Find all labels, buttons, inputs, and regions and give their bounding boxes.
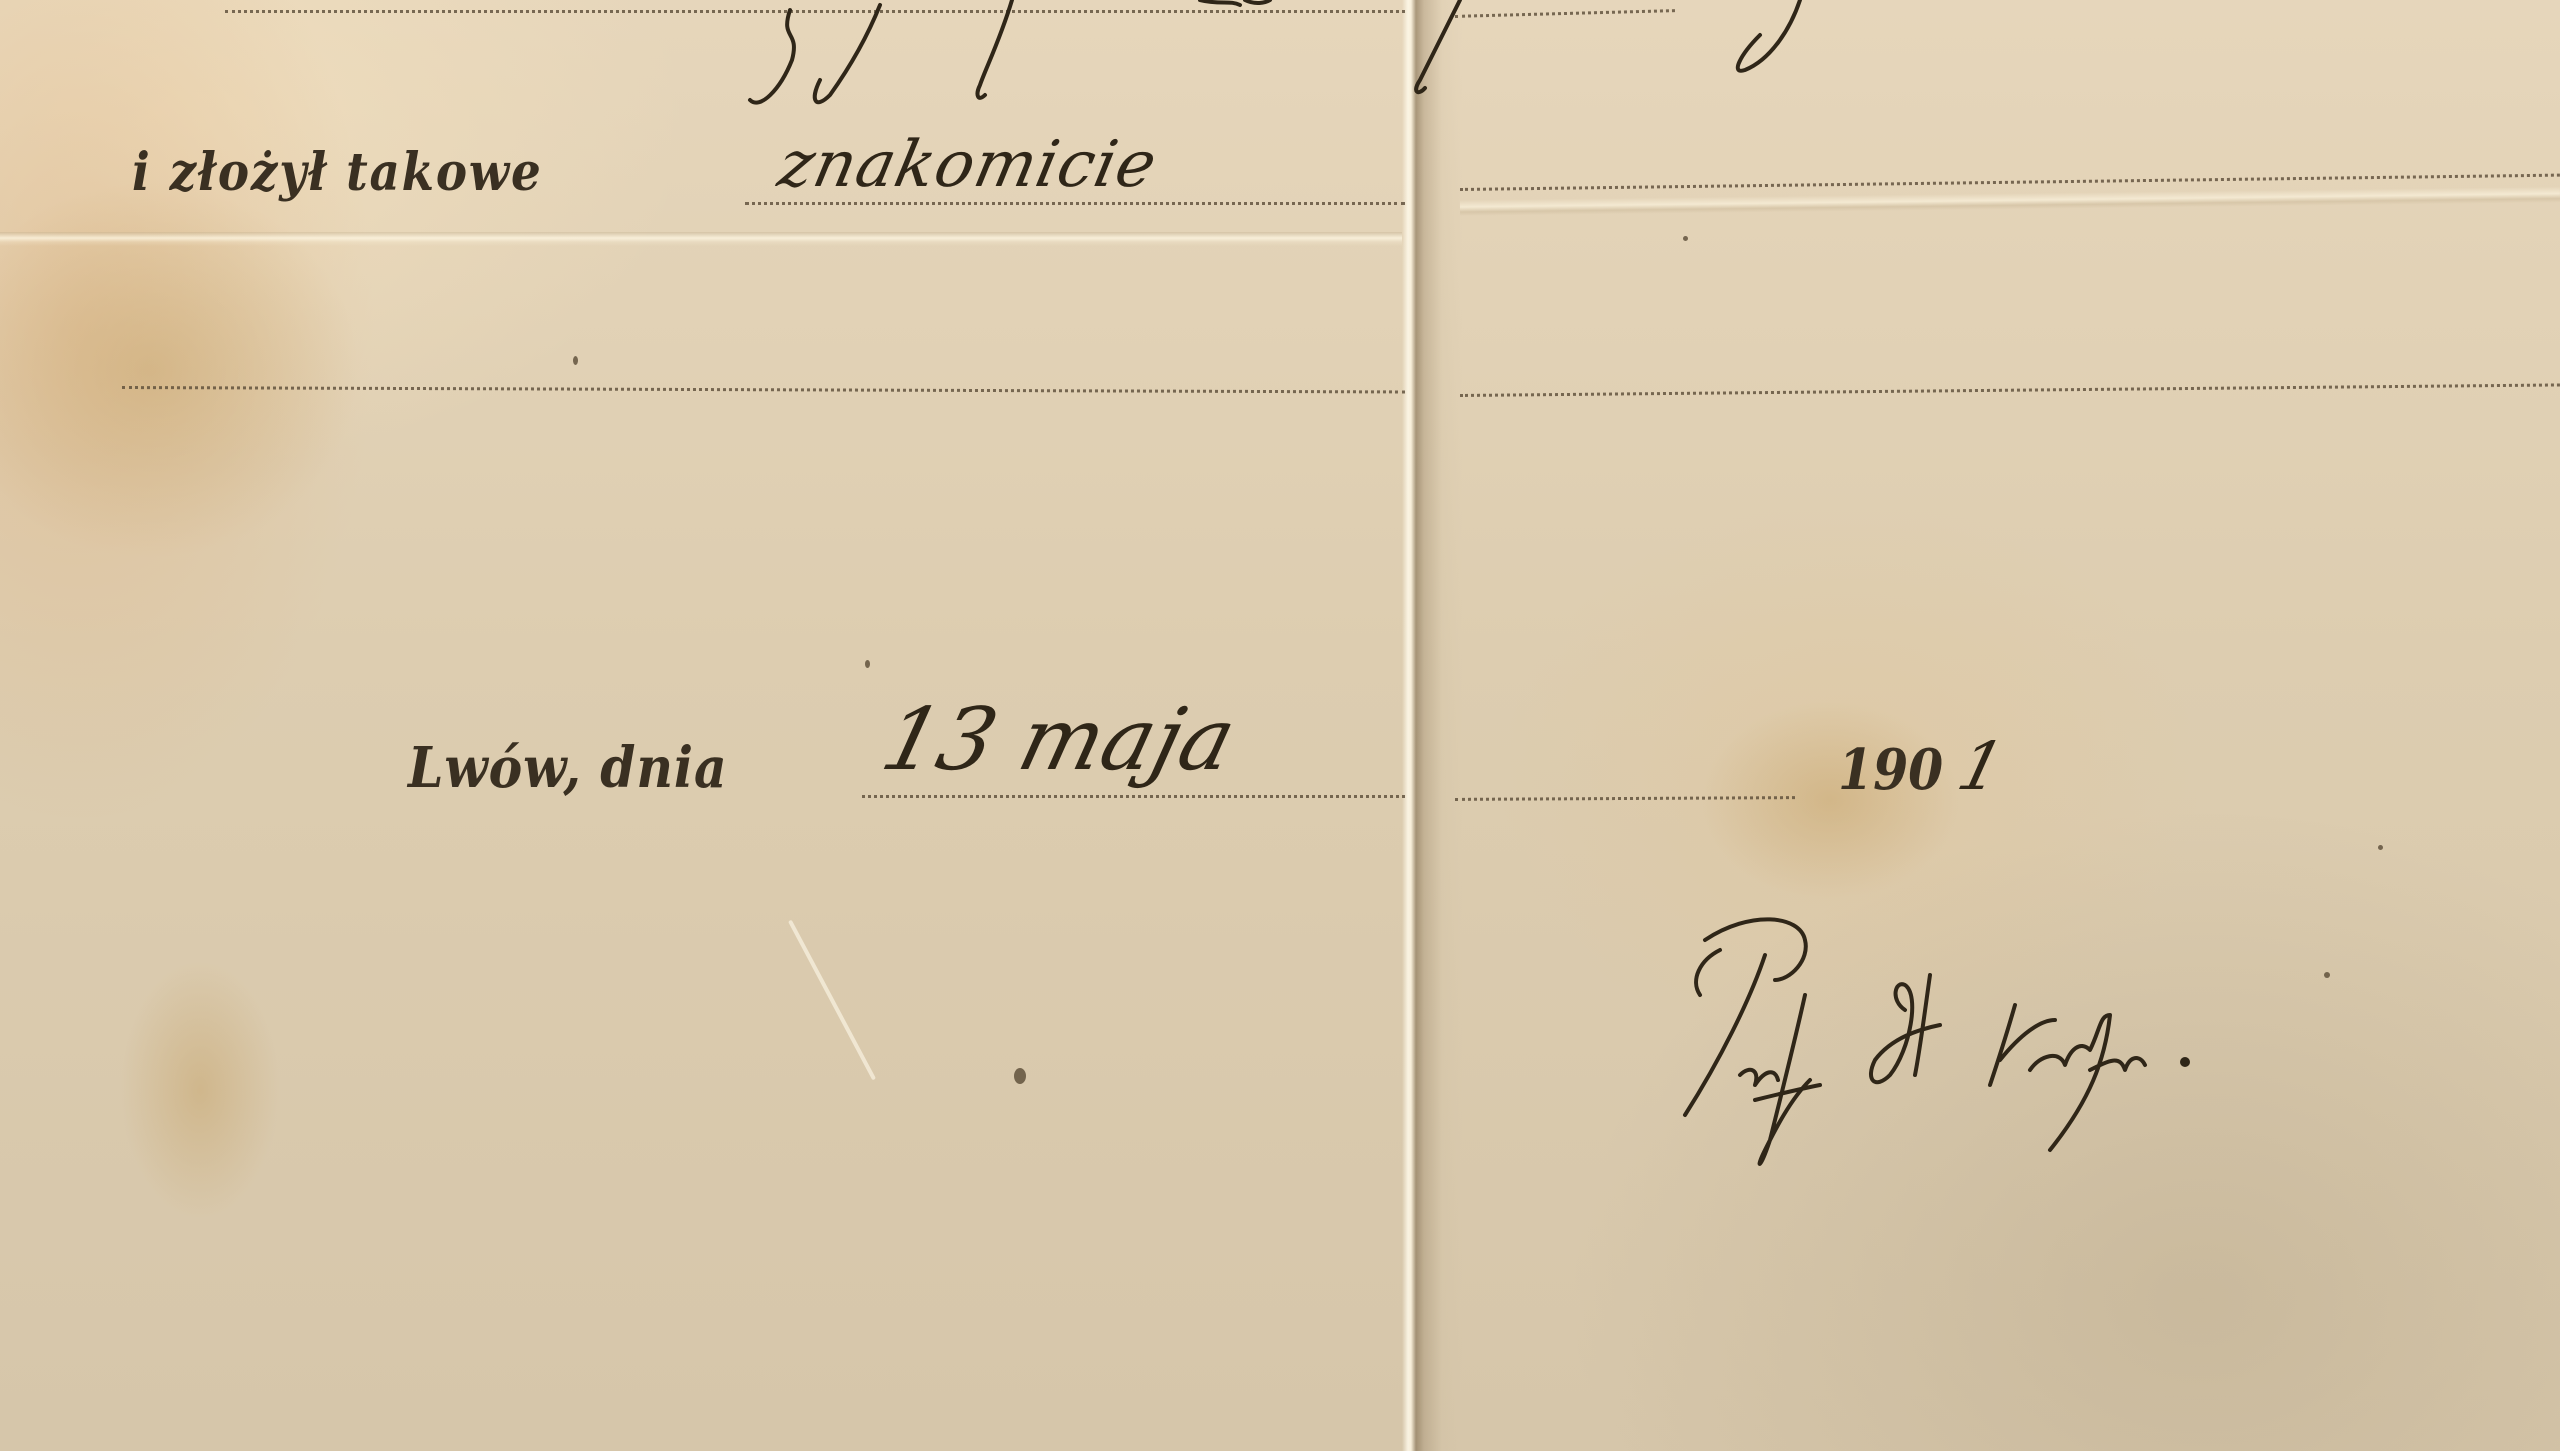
vertical-fold [1402,0,1462,1451]
handwritten-grade: znakomicie [772,128,1163,202]
ink-speck [1014,1068,1026,1084]
printed-label-line1: i złożył takowe [132,142,543,203]
paper-crease [788,920,876,1081]
horizontal-fold [0,232,1402,246]
signature [1660,900,2300,1180]
ink-speck [2378,845,2383,850]
handwritten-year-suffix: 1 [1950,728,2011,805]
ink-speck [2324,972,2330,978]
printed-place-label: Lwów, dnia [408,735,728,801]
horizontal-fold-right [1460,187,2560,216]
handwritten-date: 13 maja [873,690,1245,790]
ink-speck [1683,236,1688,241]
handwriting-top-fragment [0,0,2560,120]
water-stain [120,960,280,1220]
form-line-date [862,795,1405,798]
printed-year-prefix: 190 [1838,737,1943,803]
form-line-1 [745,202,1405,205]
ink-speck [865,660,870,668]
ink-speck [573,356,578,365]
form-line-2-right [1460,383,2560,397]
document-photo: i złożył takowe znakomicie Lwów, dnia 13… [0,0,2560,1451]
